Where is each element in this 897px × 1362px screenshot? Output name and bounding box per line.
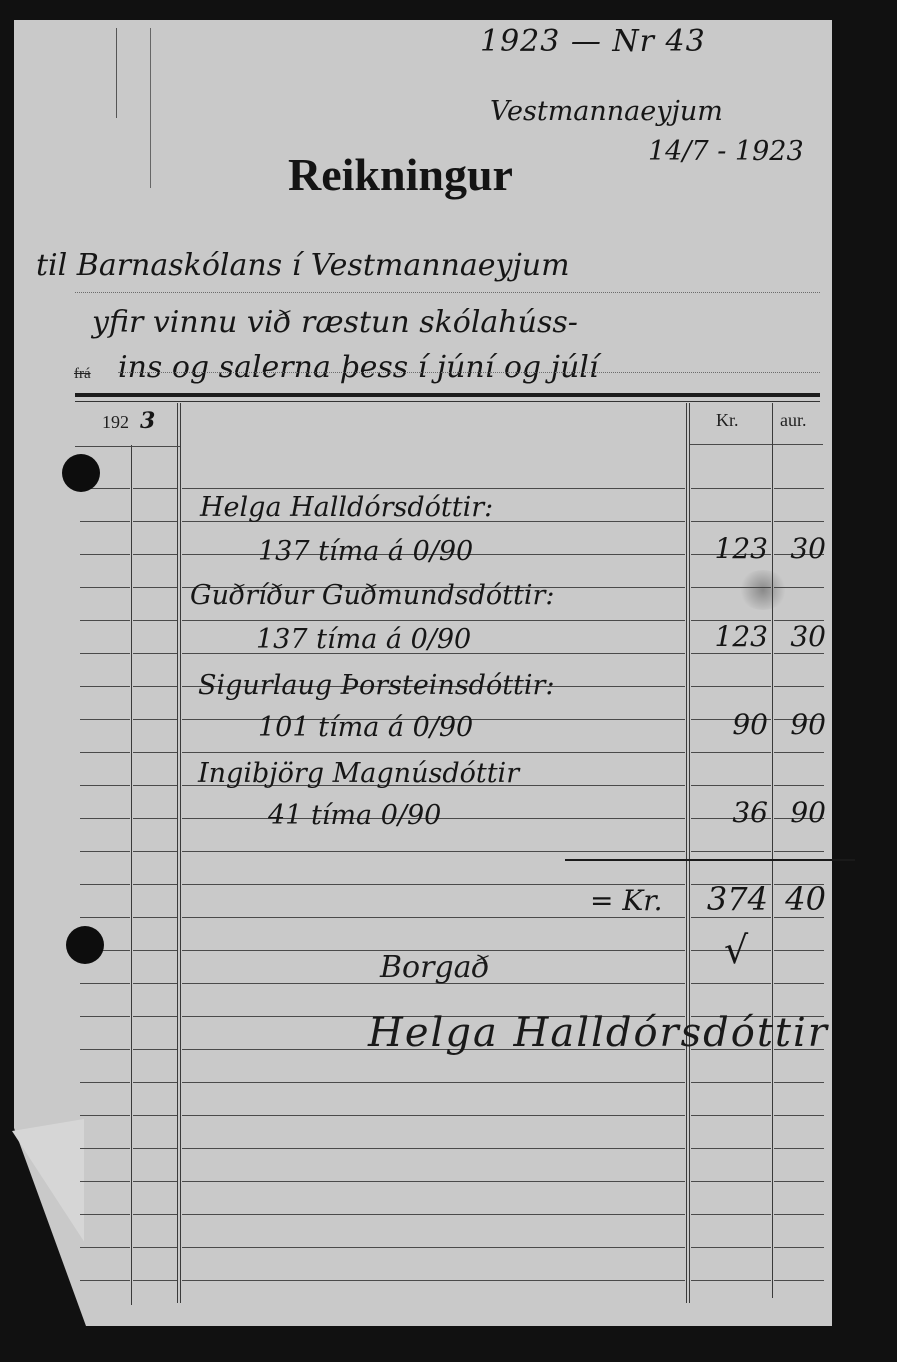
entry-detail: 137 tíma á 0/90 [258,536,473,567]
total-kr: 374 [692,880,768,918]
ledger-rule [182,851,685,852]
ledger-rule [80,1148,130,1149]
ledger-rule [774,983,824,984]
ledger-rule [80,1115,130,1116]
ledger-rule [80,1181,130,1182]
ledger-rule [133,1082,177,1083]
ledger-rule [691,1247,771,1248]
ledger-rule [133,653,177,654]
ledger-rule [182,1280,685,1281]
ledger-rule [80,1082,130,1083]
ledger-rule [774,686,824,687]
ledger-rule [691,686,771,687]
ledger-rule [182,1247,685,1248]
ledger-rule [80,653,130,654]
ledger-rule [133,1247,177,1248]
description-line-2: ins og salerna þess í júní og júlí [118,350,598,385]
desc-column-left-rule [177,403,178,1303]
ledger-rule [774,521,824,522]
punch-hole [62,454,100,492]
ledger-rule [80,851,130,852]
entry-aur: 90 [776,708,826,741]
entry-name: Sigurlaug Þorsteinsdóttir: [198,670,555,701]
entry-detail: 41 tíma 0/90 [268,800,441,831]
ledger-rule [182,1115,685,1116]
signature: Helga Halldórsdóttir [368,1010,829,1056]
ledger-rule [774,1214,824,1215]
kr-column-left-rule-2 [689,403,690,1303]
entry-kr: 123 [692,620,768,653]
document-date: 14/7 - 1923 [648,136,804,167]
page-title: Reikningur [288,148,513,201]
column-header-kr: Kr. [716,410,739,431]
ledger-rule [80,983,130,984]
entry-aur: 30 [776,620,826,653]
ledger-rule [133,950,177,951]
fra-label: frá [74,366,91,383]
ledger-rule [133,521,177,522]
ledger-rule [774,1280,824,1281]
header-rule [690,444,772,445]
ledger-rule [774,1181,824,1182]
ledger-rule [80,1214,130,1215]
column-header-aur: aur. [780,410,807,431]
ledger-rule [133,1181,177,1182]
ledger-rule [133,686,177,687]
header-rule [773,444,823,445]
dotted-rule [75,292,820,293]
table-top-rule [75,393,820,397]
year-handwritten: 3 [140,408,155,434]
ledger-rule [774,1082,824,1083]
description-line-1: yfir vinnu við ræstun skólahúss- [92,305,578,340]
ledger-rule [691,1148,771,1149]
entry-name: Helga Halldórsdóttir: [200,492,493,523]
ledger-rule [80,818,130,819]
ledger-rule [182,752,685,753]
ledger-rule [133,1280,177,1281]
ledger-rule [691,1214,771,1215]
ledger-rule [691,1280,771,1281]
paid-label: Borgað [380,950,490,985]
punch-hole [66,926,104,964]
ledger-rule [133,488,177,489]
document-number: 1923 — Nr 43 [480,24,706,59]
ledger-rule [133,587,177,588]
ledger-rule [774,785,824,786]
ledger-rule [133,1049,177,1050]
ledger-rule [133,818,177,819]
total-aur: 40 [776,880,826,918]
ledger-rule [691,983,771,984]
ledger-rule [774,488,824,489]
ledger-rule [691,521,771,522]
ledger-rule [774,752,824,753]
margin-mark [116,28,117,118]
total-underline [565,859,855,861]
total-label: = Kr. [590,884,663,917]
ledger-rule [80,1016,130,1017]
ledger-rule [133,851,177,852]
ledger-rule [691,752,771,753]
entry-kr: 90 [692,708,768,741]
ledger-rule [182,1181,685,1182]
ledger-rule [774,1115,824,1116]
ledger-rule [80,785,130,786]
ledger-rule [80,884,130,885]
ledger-rule [80,521,130,522]
ledger-rule [182,620,685,621]
ledger-rule [80,587,130,588]
entry-aur: 30 [776,532,826,565]
ledger-rule [774,1247,824,1248]
ledger-rule [80,1049,130,1050]
ledger-rule [133,1016,177,1017]
ledger-rule [774,1148,824,1149]
table-top-rule-thin [75,401,820,402]
desc-column-left-rule-2 [180,403,181,1303]
ledger-rule [774,950,824,951]
date-column-divider [131,445,132,1305]
ledger-rule [80,686,130,687]
ledger-rule [80,719,130,720]
ledger-rule [182,1214,685,1215]
ledger-rule [691,488,771,489]
ledger-rule [133,719,177,720]
ledger-rule [182,917,685,918]
ink-smudge [738,570,788,610]
ledger-rule [133,1148,177,1149]
entry-kr: 36 [692,796,768,829]
entry-name: Guðríður Guðmundsdóttir: [190,580,555,611]
ledger-rule [774,653,824,654]
entry-name: Ingibjörg Magnúsdóttir [198,758,519,789]
ledger-rule [80,917,130,918]
ledger-rule [691,851,771,852]
ledger-rule [80,1247,130,1248]
aur-column-left-rule [772,403,773,1298]
check-mark-icon: √ [724,928,748,972]
ledger-rule [80,620,130,621]
ledger-rule [691,1115,771,1116]
header-rule [132,446,178,447]
ledger-rule [133,983,177,984]
entry-kr: 123 [692,532,768,565]
ledger-rule [133,620,177,621]
ledger-rule [691,1082,771,1083]
ledger-rule [691,653,771,654]
ledger-rule [133,884,177,885]
recipient-line: til Barnaskólans í Vestmannaeyjum [36,248,570,283]
kr-column-left-rule [686,403,687,1303]
ledger-rule [133,752,177,753]
ledger-rule [133,1214,177,1215]
entry-detail: 101 tíma á 0/90 [258,712,473,743]
place-name: Vestmannaeyjum [490,96,723,127]
ledger-rule [133,554,177,555]
dotted-rule [118,372,820,373]
ledger-rule [182,488,685,489]
ledger-rule [133,1115,177,1116]
entry-detail: 137 tíma á 0/90 [256,624,471,655]
ledger-rule [774,851,824,852]
ledger-rule [80,554,130,555]
ledger-rule [691,785,771,786]
ledger-rule [80,752,130,753]
ledger-rule [182,1082,685,1083]
ledger-rule [133,785,177,786]
ledger-rule [80,1280,130,1281]
ledger-rule [691,1181,771,1182]
ledger-rule [182,1148,685,1149]
ledger-rule [133,917,177,918]
margin-mark [150,28,151,188]
entry-aur: 90 [776,796,826,829]
year-printed: 192 [102,412,129,433]
